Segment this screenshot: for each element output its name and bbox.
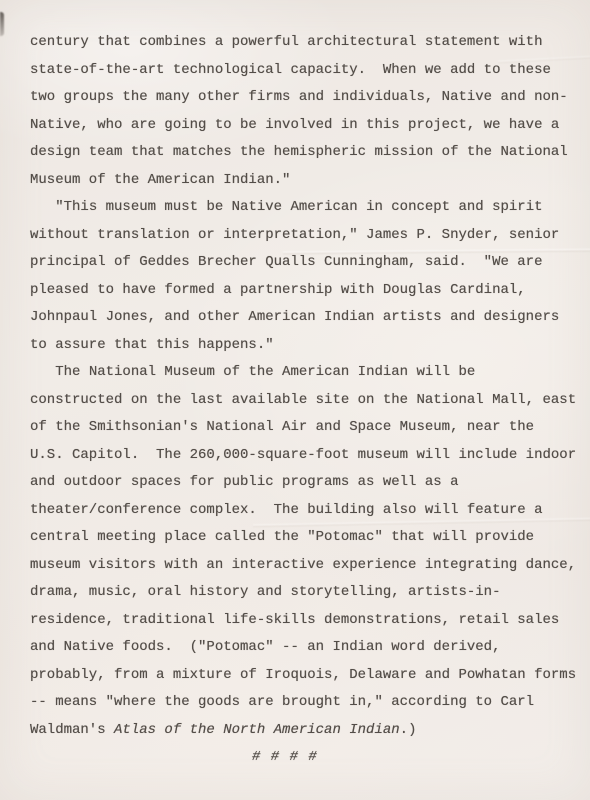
paragraph-architecture-quote: century that combines a powerful archite…	[30, 29, 588, 194]
paragraph-museum-description: The National Museum of the American Indi…	[30, 359, 588, 717]
book-title-italic: Atlas of the North American Indian	[114, 722, 400, 738]
scan-edge-artifact	[0, 12, 4, 36]
scanned-document-page: century that combines a powerful archite…	[0, 0, 590, 800]
final-line-suffix: .)	[400, 722, 417, 738]
document-body-text: century that combines a powerful archite…	[30, 29, 588, 772]
final-line-prefix: Waldman's	[30, 722, 114, 738]
end-of-release-marks: # # # #	[30, 744, 588, 772]
paragraph-final-line: Waldman's Atlas of the North American In…	[30, 717, 588, 745]
paragraph-snyder-quote: "This museum must be Native American in …	[30, 194, 588, 359]
